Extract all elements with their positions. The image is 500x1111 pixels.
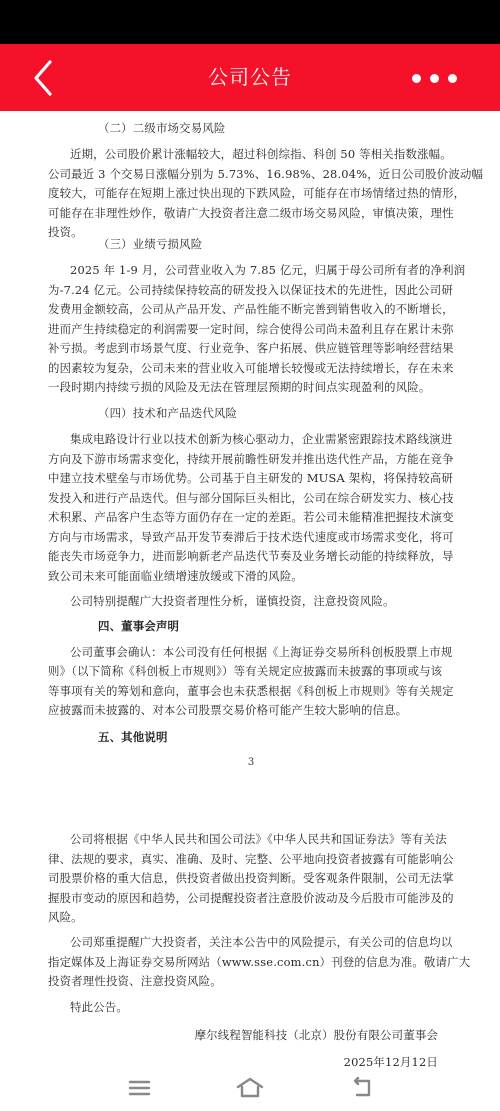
app-bar: 公司公告 — [0, 44, 500, 111]
paragraph-line: 术积累、产品客户生态等方面仍存在一定的差距。若公司未能精准把握技术演变 — [48, 508, 444, 528]
home-button[interactable] — [235, 1075, 265, 1101]
more-horizontal-icon — [412, 74, 421, 83]
paragraph-line: 中建立技术壁垒与市场优势。公司基于自主研发的 MUSA 架构，将保持较高研 — [48, 469, 444, 489]
page-number: 3 — [245, 757, 257, 768]
paragraph-line: 公司董事会确认：本公司没有任何根据《上海证券交易所科创板股票上市规 — [70, 643, 466, 663]
paragraph-line: 能丧失市场竞争力，进而影响新老产品迭代节奏及业务增长动能的持续释放，导 — [48, 547, 444, 567]
signature-date: 2025年12月12日 — [344, 1053, 438, 1071]
paragraph-line: 度较大，可能存在短期上涨过快出现的下跌风险，可能存在市场情绪过热的情形， — [48, 184, 444, 204]
section-heading: （三）业绩亏损风险 — [98, 235, 494, 255]
signature-company: 摩尔线程智能科技（北京）股份有限公司董事会 — [195, 1026, 438, 1046]
paragraph-line: 则》（以下简称《科创板上市规则》）等有关规定应披露而未披露的事项或与该 — [48, 662, 444, 682]
menu-icon — [125, 1075, 155, 1101]
paragraph-line: 公司将根据《中华人民共和国公司法》《中华人民共和国证券法》等有关法 — [70, 830, 466, 850]
system-nav-bar — [0, 1071, 500, 1111]
paragraph-line: 的因素较为复杂，公司未来的营业收入可能增长较慢或无法持续增长，存在未来 — [48, 359, 444, 379]
paragraph-line: 等事项有关的筹划和意向，董事会也未获悉根据《科创板上市规则》等有关规定 — [48, 682, 444, 702]
closing-line: 特此公告。 — [70, 998, 466, 1018]
paragraph-line: 近期，公司股价累计涨幅较大，超过科创综指、科创 50 等相关指数涨幅。 — [70, 145, 466, 165]
section-heading: （四）技术和产品迭代风险 — [98, 404, 494, 424]
more-options-button[interactable] — [412, 68, 468, 88]
paragraph-line: 一段时期内持续亏损的风险及无法在管理层预期的时间点实现盈利的风险。 — [48, 378, 444, 398]
announcement-document[interactable]: （二）二级市场交易风险 近期，公司股价累计涨幅较大，超过科创综指、科创 50 等… — [0, 111, 500, 1071]
section-heading: 四、董事会声明 — [98, 617, 494, 637]
section-heading: 五、其他说明 — [98, 728, 494, 748]
paragraph-line: 应披露而未披露的、对本公司股票交易价格可能产生较大影响的信息。 — [48, 701, 444, 721]
paragraph-line: 致公司未来可能面临业绩增速放缓或下滑的风险。 — [48, 567, 444, 587]
paragraph-line: 可能存在非理性炒作，敬请广大投资者注意二级市场交易风险，审慎决策，理性 — [48, 204, 444, 224]
status-bar — [0, 0, 500, 44]
paragraph-line: 公司郑重提醒广大投资者，关注本公告中的风险提示，有关公司的信息均以 — [70, 933, 466, 953]
paragraph-line: 为-7.24 亿元。公司持续保持较高的研发投入以保证技术的先进性，因此公司研 — [48, 281, 444, 301]
paragraph-line: 司股票价格的重大信息，供投资者做出投资判断。受客观条件限制，公司无法掌 — [48, 869, 444, 889]
paragraph-line: 2025 年 1-9 月，公司营业收入为 7.85 亿元，归属于母公司所有者的净… — [70, 261, 466, 281]
paragraph-line: 握股市变动的原因和趋势，公司提醒投资者注意股价波动及今后股市可能涉及的 — [48, 889, 444, 909]
paragraph-line: 公司最近 3 个交易日涨幅分别为 5.73%、16.98%、28.04%，近日公… — [48, 165, 444, 185]
paragraph-line: 指定媒体及上海证券交易所网站（www.sse.com.cn）刊登的信息为准。敬请… — [48, 953, 444, 973]
paragraph-line: 发投入和进行产品迭代。但与部分国际巨头相比，公司在综合研发实力、核心技 — [48, 489, 444, 509]
more-horizontal-icon — [448, 74, 457, 83]
paragraph-line: 公司特别提醒广大投资者理性分析，谨慎投资，注意投资风险。 — [70, 592, 466, 612]
paragraph-line: 方向及下游市场需求变化，持续开展前瞻性研发并推出迭代性产品，方能在竞争 — [48, 450, 444, 470]
paragraph-line: 补亏损。考虑到市场景气度、行业竞争、客户拓展、供应链管理等影响经营结果 — [48, 339, 444, 359]
paragraph-line: 发费用金额较高，公司从产品开发、产品性能不断完善到销售收入的不断增长， — [48, 300, 444, 320]
back-icon — [347, 1075, 377, 1101]
paragraph-line: 律、法规的要求，真实、准确、及时、完整、公平地向投资者披露有可能影响公 — [48, 850, 444, 870]
more-horizontal-icon — [430, 74, 439, 83]
back-nav-button[interactable] — [347, 1075, 377, 1101]
paragraph-line: 进而产生持续稳定的利润需要一定时间，综合使得公司尚未盈利且存在累计未弥 — [48, 320, 444, 340]
paragraph-line: 风险。 — [48, 908, 444, 928]
section-heading: （二）二级市场交易风险 — [98, 119, 494, 139]
paragraph-line: 投资者理性投资、注意投资风险。 — [48, 972, 444, 992]
home-icon — [235, 1075, 265, 1101]
paragraph-line: 集成电路设计行业以技术创新为核心驱动力，企业需紧密跟踪技术路线演进 — [70, 430, 466, 450]
menu-button[interactable] — [125, 1075, 155, 1101]
paragraph-line: 方向与市场需求，导致产品开发节奏滞后于技术迭代速度或市场需求变化，将可 — [48, 528, 444, 548]
